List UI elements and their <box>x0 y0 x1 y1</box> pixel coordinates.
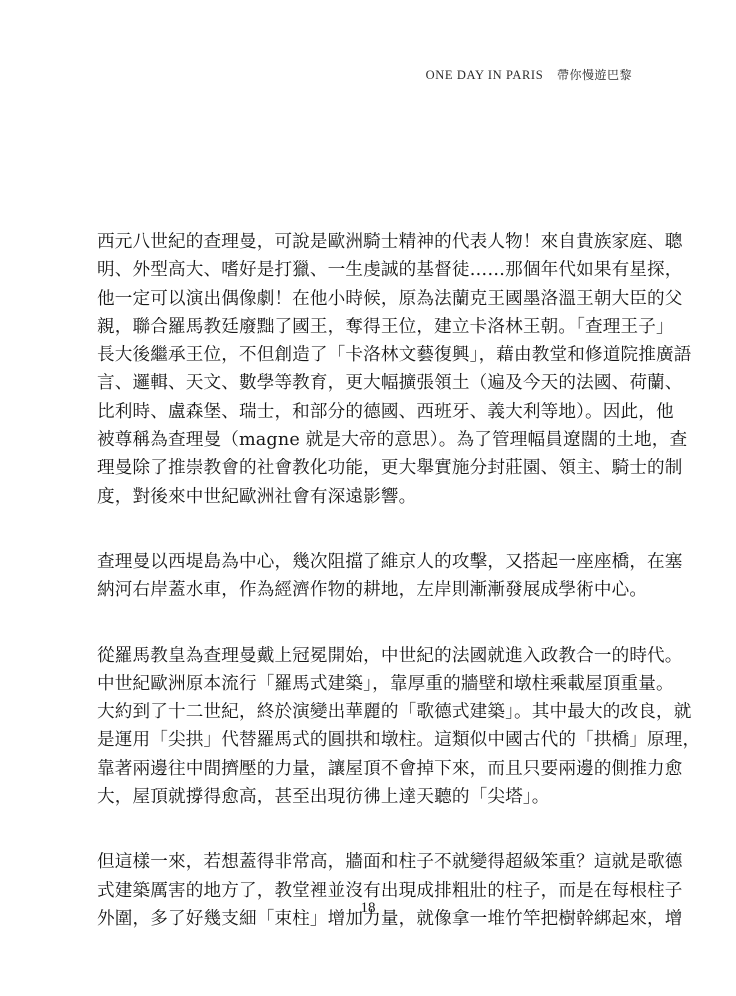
text-line: 被尊稱為查理曼（magne 就是大帝的意思）。為了管理幅員遼闊的土地，查 <box>97 426 642 454</box>
paragraph-ile-de-la-cite: 查理曼以西堤島為中心，幾次阻擋了維京人的攻擊，又搭起一座座橋，在塞 納河右岸蓋水… <box>97 548 642 605</box>
text-line: 言、邏輯、天文、數學等教育，更大幅擴張領土（遍及今天的法國、荷蘭、 <box>97 369 642 397</box>
page-number: 18 <box>0 900 736 917</box>
text-line: 大約到了十二世紀，終於演變出華麗的「歌德式建築」。其中最大的改良，就 <box>97 698 642 726</box>
text-line: 靠著兩邊往中間擠壓的力量，讓屋頂不會掉下來，而且只要兩邊的側推力愈 <box>97 755 642 783</box>
text-line: 從羅馬教皇為查理曼戴上冠冕開始，中世紀的法國就進入政教合一的時代。 <box>97 642 642 670</box>
text-line: 納河右岸蓋水車，作為經濟作物的耕地，左岸則漸漸發展成學術中心。 <box>97 576 642 604</box>
text-line: 查理曼以西堤島為中心，幾次阻擋了維京人的攻擊，又搭起一座座橋，在塞 <box>97 548 642 576</box>
paragraph-gothic-architecture: 從羅馬教皇為查理曼戴上冠冕開始，中世紀的法國就進入政教合一的時代。 中世紀歐洲原… <box>97 642 642 812</box>
body-text: 西元八世紀的查理曼，可說是歐洲騎士精神的代表人物！來自貴族家庭、聰 明、外型高大… <box>97 228 642 933</box>
text-line: 比利時、盧森堡、瑞士，和部分的德國、西班牙、義大利等地）。因此，他 <box>97 398 642 426</box>
paragraph-clustered-columns: 但這樣一來，若想蓋得非常高，牆面和柱子不就變得超級笨重？這就是歌德 式建築厲害的… <box>97 848 642 933</box>
text-line: 明、外型高大、嗜好是打獵、一生虔誠的基督徒……那個年代如果有星探， <box>97 256 642 284</box>
text-line: 他一定可以演出偶像劇！在他小時候，原為法蘭克王國墨洛溫王朝大臣的父 <box>97 285 642 313</box>
text-line: 度，對後來中世紀歐洲社會有深遠影響。 <box>97 483 642 511</box>
text-line: 大，屋頂就撐得愈高，甚至出現彷彿上達天聽的「尖塔」。 <box>97 783 642 811</box>
text-line: 親，聯合羅馬教廷廢黜了國王，奪得王位，建立卡洛林王朝。「查理王子」 <box>97 313 642 341</box>
book-title-english: ONE DAY IN PARIS <box>426 68 544 82</box>
text-line: 長大後繼承王位，不但創造了「卡洛林文藝復興」，藉由教堂和修道院推廣語 <box>97 341 642 369</box>
text-line: 是運用「尖拱」代替羅馬式的圓拱和墩柱。這類似中國古代的「拱橋」原理， <box>97 726 642 754</box>
text-line: 理曼除了推崇教會的社會教化功能，更大舉實施分封莊園、領主、騎士的制 <box>97 454 642 482</box>
text-line: 但這樣一來，若想蓋得非常高，牆面和柱子不就變得超級笨重？這就是歌德 <box>97 848 642 876</box>
text-line: 中世紀歐洲原本流行「羅馬式建築」，靠厚重的牆壁和墩柱乘載屋頂重量。 <box>97 670 642 698</box>
running-header: ONE DAY IN PARIS 帶你慢遊巴黎 <box>426 66 632 83</box>
text-line: 西元八世紀的查理曼，可說是歐洲騎士精神的代表人物！來自貴族家庭、聰 <box>97 228 642 256</box>
book-title-chinese: 帶你慢遊巴黎 <box>557 68 632 82</box>
paragraph-charlemagne: 西元八世紀的查理曼，可說是歐洲騎士精神的代表人物！來自貴族家庭、聰 明、外型高大… <box>97 228 642 511</box>
book-page: ONE DAY IN PARIS 帶你慢遊巴黎 西元八世紀的查理曼，可說是歐洲騎… <box>0 0 736 996</box>
